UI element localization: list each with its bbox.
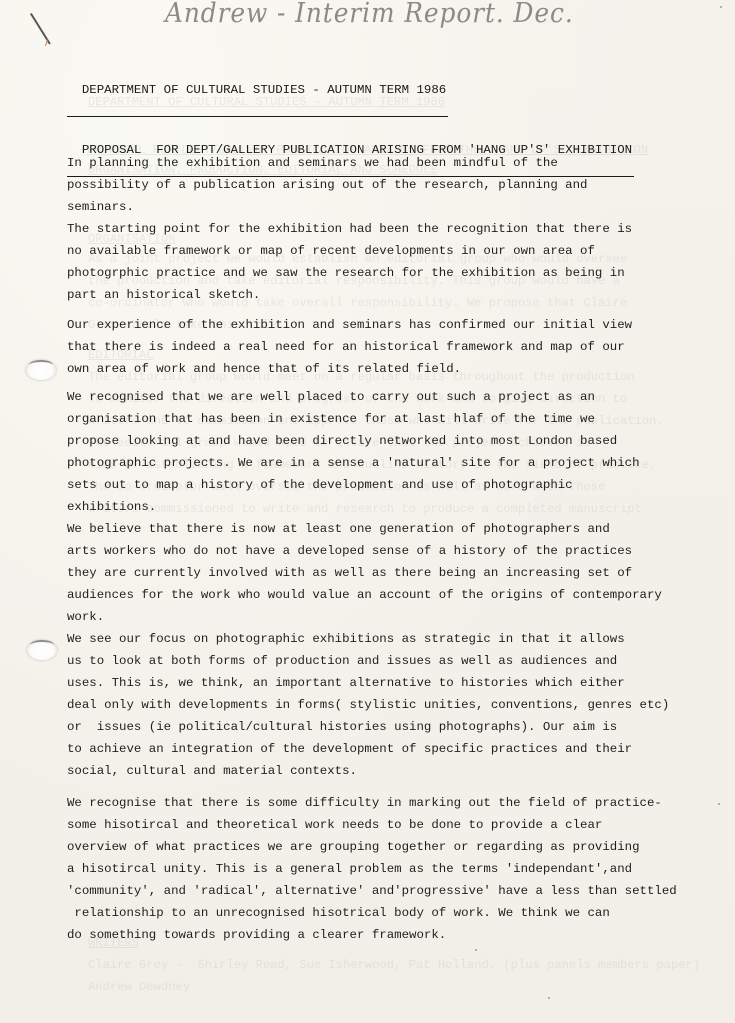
text-line: exhibitions. bbox=[67, 496, 669, 518]
text-line: that there is indeed a real need for an … bbox=[67, 336, 632, 358]
text-line: We believe that there is now at least on… bbox=[67, 518, 669, 540]
heading-text: DEPARTMENT OF CULTURAL STUDIES - AUTUMN … bbox=[82, 83, 446, 97]
paragraph: Our experience of the exhibition and sem… bbox=[67, 314, 632, 380]
text-line: seminars. bbox=[67, 196, 632, 218]
text-line: photogrphic practice and we saw the rese… bbox=[67, 262, 632, 284]
punch-hole bbox=[27, 640, 57, 660]
text-line: relationship to an unrecognised hisotric… bbox=[67, 902, 677, 924]
paper-speck bbox=[720, 6, 722, 8]
text-line: arts workers who do not have a developed… bbox=[67, 540, 669, 562]
punch-hole bbox=[26, 360, 56, 380]
text-line: 'community', and 'radical', alternative'… bbox=[67, 880, 677, 902]
text-line: own area of work and hence that of its r… bbox=[67, 358, 632, 380]
text-line: The starting point for the exhibition ha… bbox=[67, 218, 632, 240]
text-line: they are currently involved with as well… bbox=[67, 562, 669, 584]
show-through-writers: Andrew Dewdney bbox=[88, 980, 190, 994]
text-line: work. bbox=[67, 606, 669, 628]
text-line: overview of what practices we are groupi… bbox=[67, 836, 677, 858]
text-line: sets out to map a history of the develop… bbox=[67, 474, 669, 496]
text-line: organisation that has been in existence … bbox=[67, 408, 669, 430]
paragraph: We recognise that there is some difficul… bbox=[67, 792, 677, 946]
text-line: We recognise that there is some difficul… bbox=[67, 792, 677, 814]
text-line: uses. This is, we think, an important al… bbox=[67, 672, 669, 694]
handwritten-note: Andrew - Interim Report. Dec. bbox=[165, 0, 574, 29]
text-line: In planning the exhibition and seminars … bbox=[67, 152, 632, 174]
text-line: deal only with developments in forms( st… bbox=[67, 694, 669, 716]
text-line: possibility of a publication arising out… bbox=[67, 174, 632, 196]
text-line: We see our focus on photographic exhibit… bbox=[67, 628, 669, 650]
show-through-writers: Claire Grey - Shirley Read, Sue Isherwoo… bbox=[88, 958, 700, 972]
text-line: propose looking at and have been directl… bbox=[67, 430, 669, 452]
paper-speck bbox=[548, 997, 550, 999]
text-line: us to look at both forms of production a… bbox=[67, 650, 669, 672]
text-line: social, cultural and material contexts. bbox=[67, 760, 669, 782]
text-line: We recognised that we are well placed to… bbox=[67, 386, 669, 408]
paragraph: We recognised that we are well placed to… bbox=[67, 386, 669, 782]
document-heading: DEPARTMENT OF CULTURAL STUDIES - AUTUMN … bbox=[67, 66, 446, 114]
text-line: or issues (ie political/cultural histori… bbox=[67, 716, 669, 738]
text-line: a hisotircal unity. This is a general pr… bbox=[67, 858, 677, 880]
paper-speck bbox=[475, 949, 477, 951]
text-line: part an historical sketch. bbox=[67, 284, 632, 306]
text-line: Our experience of the exhibition and sem… bbox=[67, 314, 632, 336]
paper-speck bbox=[718, 803, 720, 805]
text-line: audiences for the work who would value a… bbox=[67, 584, 669, 606]
paragraph: In planning the exhibition and seminars … bbox=[67, 152, 632, 306]
text-line: to achieve an integration of the develop… bbox=[67, 738, 669, 760]
text-line: photographic projects. We are in a sense… bbox=[67, 452, 669, 474]
text-line: do something towards providing a clearer… bbox=[67, 924, 677, 946]
text-line: no available framework or map of recent … bbox=[67, 240, 632, 262]
heading-underline bbox=[67, 116, 448, 117]
text-line: some hisotircal and theoretical work nee… bbox=[67, 814, 677, 836]
